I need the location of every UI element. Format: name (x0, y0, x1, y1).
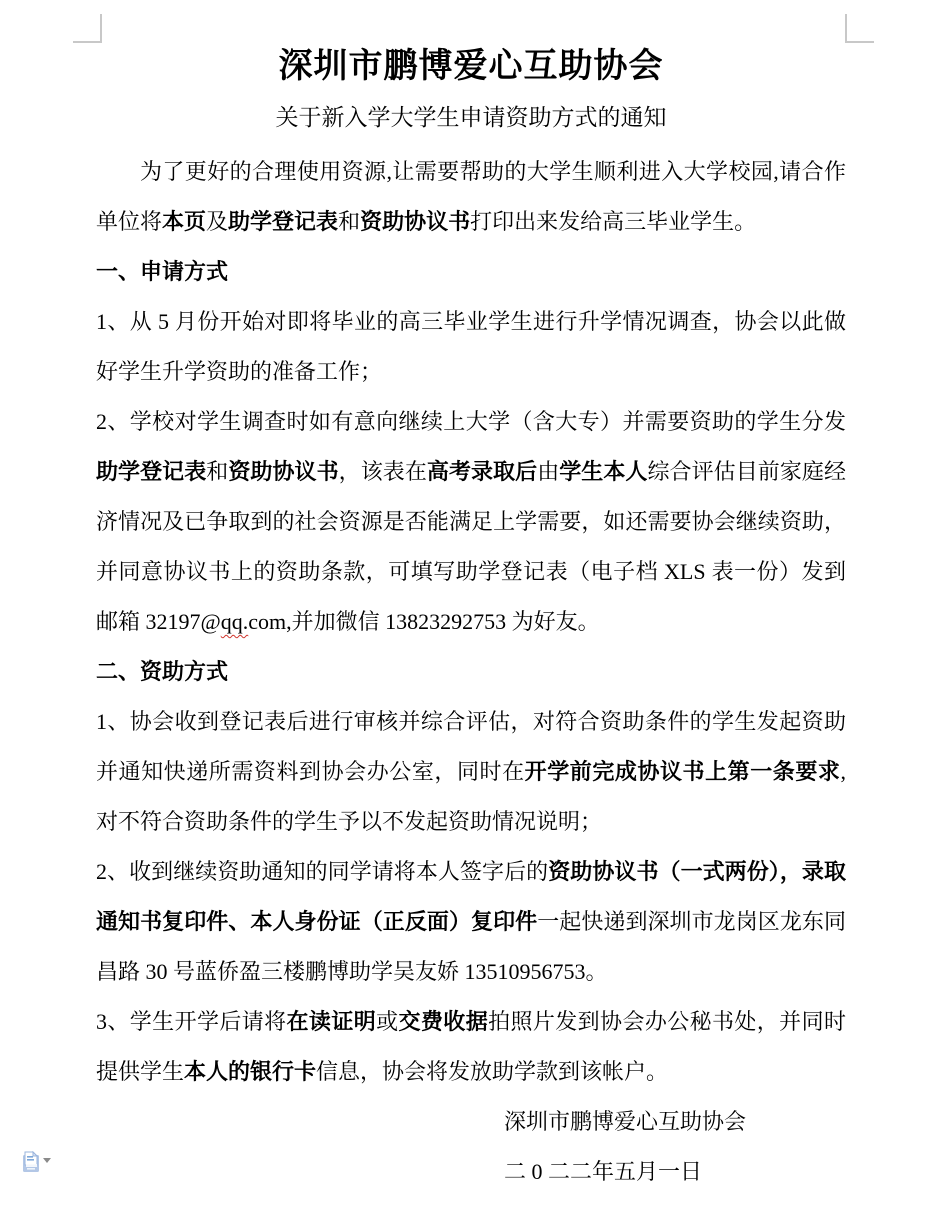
text-run: 二、资助方式 (96, 659, 228, 684)
text-run: 2、收到继续资助通知的同学请将本人签字后的 (96, 859, 548, 884)
date-line: 二 0 二二年五月一日 (504, 1147, 846, 1197)
text-run: com,并加微信 13823292753 为好友。 (248, 609, 599, 634)
text-run: 一、申请方式 (96, 259, 228, 284)
text-run: 和 (338, 209, 360, 234)
text-run: 综合评估目前家庭经济情况及已争取到的社会资源是否能满足上学需要，如还需要协会继续… (96, 459, 846, 634)
text-run: 资助协议书 (360, 209, 470, 234)
text-run: 在读证明 (287, 1009, 377, 1034)
text-run: 及 (206, 209, 228, 234)
margin-crop-mark-top-left-horizontal (73, 41, 102, 43)
text-run: 2、学校对学生调查时如有意向继续上大学（含大专）并需要资助的学生分发 (96, 409, 846, 434)
text-run: 由 (537, 459, 559, 484)
paragraph-1: 为了更好的合理使用资源,让需要帮助的大学生顺利进入大学校园,请合作单位将本页及助… (96, 147, 846, 247)
margin-crop-mark-top-left-vertical (100, 14, 102, 42)
paste-options-button[interactable] (20, 1148, 56, 1176)
page-subtitle: 关于新入学大学生申请资助方式的通知 (96, 89, 846, 147)
text-run: 开学前完成协议书上第一条要求 (525, 759, 841, 784)
margin-crop-mark-top-right-vertical (845, 14, 847, 42)
paragraph-3: 1、从 5 月份开始对即将毕业的高三毕业学生进行升学情况调查，协会以此做好学生升… (96, 297, 846, 397)
text-run: 信息，协会将发放助学款到该帐户。 (316, 1059, 668, 1084)
text-run: 和 (206, 459, 228, 484)
text-run: 或 (376, 1009, 398, 1034)
document-body: 为了更好的合理使用资源,让需要帮助的大学生顺利进入大学校园,请合作单位将本页及助… (96, 147, 846, 1097)
text-run: ，该表在 (339, 459, 427, 484)
paragraph-2: 一、申请方式 (96, 247, 846, 297)
page: 深圳市鹏博爱心互助协会 关于新入学大学生申请资助方式的通知 为了更好的合理使用资… (0, 0, 938, 1216)
text-run: 1、从 5 月份开始对即将毕业的高三毕业学生进行升学情况调查，协会以此做好学生升… (96, 309, 846, 384)
text-run: 助学登记表 (228, 209, 338, 234)
chevron-down-icon[interactable] (43, 1158, 51, 1163)
text-run: 交费收据 (399, 1009, 489, 1034)
text-run: 打印出来发给高三毕业学生。 (470, 209, 756, 234)
text-run: 本人的银行卡 (184, 1059, 316, 1084)
paragraph-6: 1、协会收到登记表后进行审核并综合评估，对符合资助条件的学生发起资助并通知快递所… (96, 697, 846, 847)
document-content: 深圳市鹏博爱心互助协会 关于新入学大学生申请资助方式的通知 为了更好的合理使用资… (96, 44, 846, 1197)
text-run: 3、学生开学后请将 (96, 1009, 287, 1034)
text-run: 资助协议书 (228, 459, 338, 484)
paste-options-icon (22, 1151, 41, 1173)
misspelled-text: qq. (221, 609, 249, 634)
paragraph-5: 二、资助方式 (96, 647, 846, 697)
text-run: 高考录取后 (427, 459, 537, 484)
text-run: 助学登记表 (96, 459, 206, 484)
text-run: 学生本人 (559, 459, 647, 484)
margin-crop-mark-top-right-horizontal (845, 41, 874, 43)
paragraph-8: 3、学生开学后请将在读证明或交费收据拍照片发到协会办公秘书处，并同时提供学生本人… (96, 997, 846, 1097)
text-run: 本页 (162, 209, 206, 234)
paragraph-4: 2、学校对学生调查时如有意向继续上大学（含大专）并需要资助的学生分发助学登记表和… (96, 397, 846, 647)
signature-line: 深圳市鹏博爱心互助协会 (504, 1097, 846, 1147)
page-title: 深圳市鹏博爱心互助协会 (96, 44, 846, 89)
paragraph-7: 2、收到继续资助通知的同学请将本人签字后的资助协议书（一式两份），录取通知书复印… (96, 847, 846, 997)
